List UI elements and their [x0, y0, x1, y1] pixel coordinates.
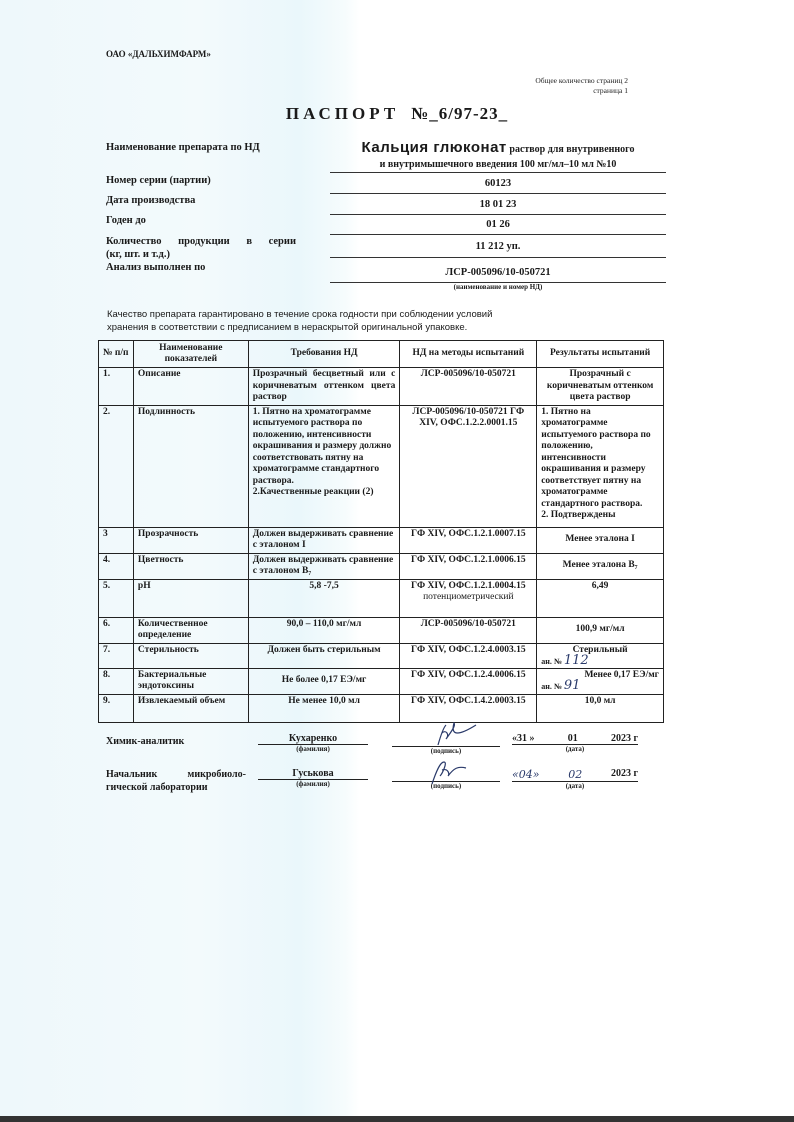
- signer-2-surname: Гуськова (фамилия): [258, 768, 368, 788]
- an-label: ан. №: [541, 682, 562, 691]
- quantity-label-line1: Количество продукции в серии: [106, 235, 296, 248]
- signature-scribble-icon: [426, 758, 470, 788]
- row-req: Должен выдерживать сравнение с эталоном …: [248, 553, 400, 579]
- analysis-hint: (наименование и номер НД): [330, 283, 666, 291]
- surname: Кухаренко: [258, 733, 368, 745]
- row-result: 100,9 мг/мл: [537, 617, 664, 643]
- header-req: Требования НД: [248, 341, 400, 368]
- result-part-2: 2. Подтверждены: [541, 510, 659, 522]
- analysis-label: Анализ выполнен по: [106, 262, 205, 273]
- role-line2: гической лаборатории: [106, 781, 246, 794]
- date-year: 2023 г: [611, 733, 638, 744]
- row-name: Стерильность: [133, 643, 248, 668]
- document-title: ПАСПОРТ№_6/97-23_: [0, 104, 794, 124]
- row-num: 1.: [99, 368, 134, 406]
- row-num: 9.: [99, 694, 134, 722]
- row-method: ГФ XIV, ОФС.1.2.1.0004.15 потенциометрич…: [400, 579, 537, 617]
- quality-note-line2: хранения в соответствии с предписанием в…: [107, 321, 492, 334]
- signer-1-date: «31 »012023 г (дата): [512, 733, 638, 753]
- table-header-row: № п/п Наименование показателей Требовани…: [99, 341, 664, 368]
- table-row: 8. Бактериальные эндотоксины Не более 0,…: [99, 668, 664, 694]
- row-method: ГФ XIV, ОФС.1.2.1.0007.15: [400, 527, 537, 553]
- row-name: Прозрачность: [133, 527, 248, 553]
- row-num: 2.: [99, 405, 134, 527]
- date-month: 02: [568, 768, 582, 781]
- results-table: № п/п Наименование показателей Требовани…: [98, 340, 664, 723]
- date-caption: (дата): [512, 745, 638, 753]
- row-name: Бактериальные эндотоксины: [133, 668, 248, 694]
- row-name: pH: [133, 579, 248, 617]
- table-row: 4. Цветность Должен выдерживать сравнени…: [99, 553, 664, 579]
- quantity-label: Количество продукции в серии (кг, шт. и …: [106, 235, 296, 261]
- drug-name-label: Наименование препарата по НД: [106, 142, 260, 153]
- table-row: 5. pH 5,8 -7,5 ГФ XIV, ОФС.1.2.1.0004.15…: [99, 579, 664, 617]
- drug-name: Кальция глюконат: [362, 139, 507, 156]
- an-label: ан. №: [541, 657, 562, 666]
- signer-1-role: Химик-аналитик: [106, 735, 184, 748]
- title-number: №_6/97-23_: [411, 104, 508, 123]
- date-month: 01: [568, 733, 578, 744]
- expiry-label: Годен до: [106, 215, 146, 226]
- row-name: Извлекаемый объем: [133, 694, 248, 722]
- signer-2-date: «04»022023 г (дата): [512, 768, 638, 790]
- table-row: 2. Подлинность 1. Пятно на хроматограмме…: [99, 405, 664, 527]
- method-text: ГФ XIV, ОФС.1.2.1.0004.15: [404, 581, 532, 593]
- row-num: 4.: [99, 553, 134, 579]
- page-info: Общее количество страниц 2 страница 1: [535, 76, 628, 96]
- row-req: Не более 0,17 ЕЭ/мг: [248, 668, 400, 694]
- row-method: ГФ XIV, ОФС.1.2.4.0006.15: [400, 668, 537, 694]
- result-part-1: 1. Пятно на хроматограмме испытуемого ра…: [541, 407, 659, 511]
- row-num: 3: [99, 527, 134, 553]
- row-req: Должен быть стерильным: [248, 643, 400, 668]
- row-num: 5.: [99, 579, 134, 617]
- row-method: ГФ XIV, ОФС.1.2.1.0006.15: [400, 553, 537, 579]
- req-part-2: 2.Качественные реакции (2): [253, 487, 396, 499]
- surname-caption: (фамилия): [258, 780, 368, 788]
- header-result: Результаты испытаний: [537, 341, 664, 368]
- table-row: 7. Стерильность Должен быть стерильным Г…: [99, 643, 664, 668]
- row-req: Прозрачный бесцветный или с коричневатым…: [248, 368, 400, 406]
- row-method: ГФ XIV, ОФС.1.2.4.0003.15: [400, 643, 537, 668]
- row-num: 6.: [99, 617, 134, 643]
- row-req: 90,0 – 110,0 мг/мл: [248, 617, 400, 643]
- scan-edge: [0, 1116, 794, 1122]
- drug-name-value: Кальция глюконат раствор для внутривенно…: [330, 140, 666, 173]
- analysis-value: ЛСР-005096/10-050721: [330, 267, 666, 283]
- table-row: 1. Описание Прозрачный бесцветный или с …: [99, 368, 664, 406]
- company-name: ОАО «ДАЛЬХИМФАРМ»: [106, 49, 211, 59]
- quality-note-line1: Качество препарата гарантировано в течен…: [107, 308, 492, 321]
- drug-desc-2: и внутримышечного введения 100 мг/мл–10 …: [380, 159, 617, 170]
- series-value: 60123: [330, 178, 666, 194]
- table-row: 6. Количественное определение 90,0 – 110…: [99, 617, 664, 643]
- role-line1: Начальник микробиоло-: [106, 768, 246, 781]
- signer-1-signature: (подпись): [392, 733, 500, 755]
- row-result: Менее эталона I: [537, 527, 664, 553]
- row-num: 7.: [99, 643, 134, 668]
- surname: Гуськова: [258, 768, 368, 780]
- date-day: «31 »: [512, 733, 535, 744]
- row-req: Не менее 10,0 мл: [248, 694, 400, 722]
- date-caption: (дата): [512, 782, 638, 790]
- row-result: 6,49: [537, 579, 664, 617]
- row-req: Должен выдерживать сравнение с эталоном …: [248, 527, 400, 553]
- signature-scribble-icon: [430, 721, 480, 749]
- method-note: потенциометрический: [404, 592, 532, 604]
- signer-2-signature: (подпись): [392, 768, 500, 790]
- row-name: Количественное определение: [133, 617, 248, 643]
- row-name: Подлинность: [133, 405, 248, 527]
- row-result: Прозрачный с коричневатым оттенком цвета…: [537, 368, 664, 406]
- signer-1-surname: Кухаренко (фамилия): [258, 733, 368, 753]
- header-name: Наименование показателей: [133, 341, 248, 368]
- drug-desc-1: раствор для внутривенного: [509, 144, 634, 155]
- date-year: 2023 г: [611, 768, 638, 781]
- current-page: страница 1: [535, 86, 628, 96]
- row-result: 1. Пятно на хроматограмме испытуемого ра…: [537, 405, 664, 527]
- title-word: ПАСПОРТ: [286, 104, 399, 123]
- row-req: 5,8 -7,5: [248, 579, 400, 617]
- row-method: ГФ XIV, ОФС.1.4.2.0003.15: [400, 694, 537, 722]
- row-result: Менее эталона B₇: [537, 553, 664, 579]
- quantity-value: 11 212 уп.: [330, 241, 666, 258]
- row-method: ЛСР-005096/10-050721 ГФ XIV, ОФС.1.2.2.0…: [400, 405, 537, 527]
- production-date-label: Дата производства: [106, 195, 195, 206]
- row-method: ЛСР-005096/10-050721: [400, 617, 537, 643]
- surname-caption: (фамилия): [258, 745, 368, 753]
- row-result: Менее 0,17 ЕЭ/мг ан. № 91: [537, 668, 664, 694]
- series-label: Номер серии (партии): [106, 175, 211, 186]
- row-name: Цветность: [133, 553, 248, 579]
- expiry-value: 01 26: [330, 219, 666, 235]
- an-value: 112: [564, 653, 589, 668]
- signer-2-role: Начальник микробиоло- гической лаборатор…: [106, 768, 246, 794]
- result-text: Менее 0,17 ЕЭ/мг: [541, 670, 659, 682]
- table-row: 9. Извлекаемый объем Не менее 10,0 мл ГФ…: [99, 694, 664, 722]
- total-pages: Общее количество страниц 2: [535, 76, 628, 86]
- row-result: Стерильный ан. № 112: [537, 643, 664, 668]
- quantity-label-line2: (кг, шт. и т.д.): [106, 248, 296, 261]
- analysis-number: ан. № 112: [541, 656, 659, 666]
- production-date-value: 18 01 23: [330, 199, 666, 215]
- row-req: 1. Пятно на хроматограмме испытуемого ра…: [248, 405, 400, 527]
- table-row: 3 Прозрачность Должен выдерживать сравне…: [99, 527, 664, 553]
- analysis-number: ан. № 91: [541, 681, 659, 691]
- result-text: Стерильный: [541, 645, 659, 657]
- header-method: НД на методы испытаний: [400, 341, 537, 368]
- req-part-1: 1. Пятно на хроматограмме испытуемого ра…: [253, 407, 396, 488]
- date-day: «04»: [512, 768, 539, 781]
- row-name: Описание: [133, 368, 248, 406]
- quality-note: Качество препарата гарантировано в течен…: [107, 308, 492, 334]
- row-method: ЛСР-005096/10-050721: [400, 368, 537, 406]
- header-num: № п/п: [99, 341, 134, 368]
- row-num: 8.: [99, 668, 134, 694]
- an-value: 91: [564, 678, 581, 693]
- row-result: 10,0 мл: [537, 694, 664, 722]
